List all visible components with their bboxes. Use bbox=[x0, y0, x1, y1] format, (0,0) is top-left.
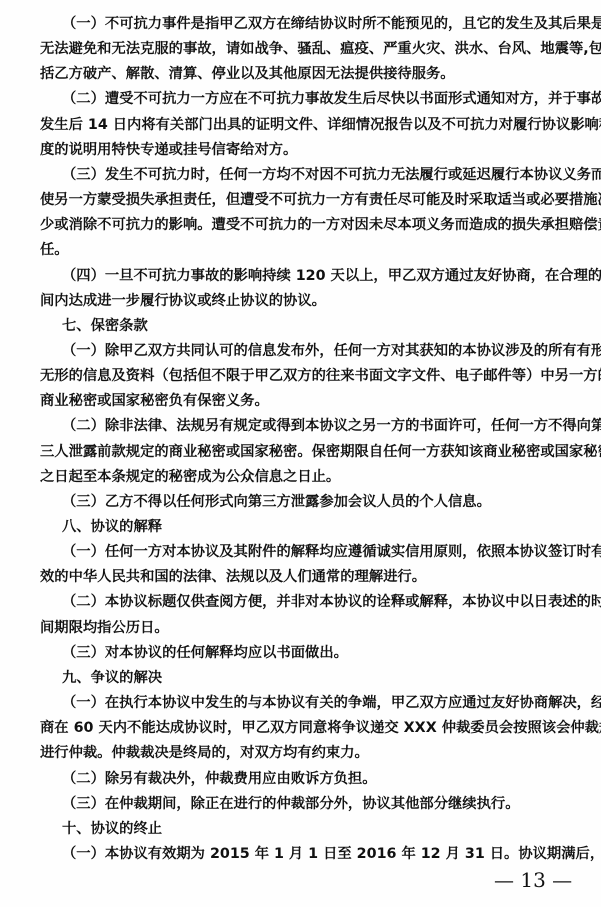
text-line: （三）发生不可抗力时，任何一方均不对因不可抗力无法履行或延迟履行本协议义务而 bbox=[62, 164, 564, 186]
text-line: （二）遭受不可抗力一方应在不可抗力事故发生后尽快以书面形式通知对方，并于事故 bbox=[62, 88, 564, 110]
text-line: （三）乙方不得以任何形式向第三方泄露参加会议人员的个人信息。 bbox=[62, 491, 564, 513]
text-line: 商在 60 天内不能达成协议时，甲乙双方同意将争议递交 XXX 仲裁委员会按照该… bbox=[40, 717, 564, 739]
text-line: 括乙方破产、解散、清算、停业以及其他原因无法提供接待服务。 bbox=[40, 63, 564, 85]
page-number: — 13 — bbox=[494, 868, 572, 892]
text-line: （二）除另有裁决外，仲裁费用应由败诉方负担。 bbox=[62, 768, 564, 790]
text-line: （一）不可抗力事件是指甲乙双方在缔结协议时所不能预见的，且它的发生及其后果是 bbox=[62, 13, 564, 35]
text-line: 间内达成进一步履行协议或终止协议的协议。 bbox=[40, 290, 564, 312]
text-line: （二）除非法律、法规另有规定或得到本协议之另一方的书面许可，任何一方不得向第 bbox=[62, 415, 564, 437]
text-line: （一）本协议有效期为 2015 年 1 月 1 日至 2016 年 12 月 3… bbox=[62, 843, 564, 865]
text-line: 之日起至本条规定的秘密成为公众信息之日止。 bbox=[40, 466, 564, 488]
text-line: 七、保密条款 bbox=[62, 315, 564, 337]
text-line: （三）在仲裁期间，除正在进行的仲裁部分外，协议其他部分继续执行。 bbox=[62, 793, 564, 815]
text-line: 三人泄露前款规定的商业秘密或国家秘密。保密期限自任何一方获知该商业秘密或国家秘密 bbox=[40, 441, 564, 463]
text-line: 无形的信息及资料（包括但不限于甲乙双方的往来书面文字文件、电子邮件等）中另一方的 bbox=[40, 365, 564, 387]
text-line: 发生后 14 日内将有关部门出具的证明文件、详细情况报告以及不可抗力对履行协议影… bbox=[40, 114, 564, 136]
text-line: （二）本协议标题仅供查阅方便，并非对本协议的诠释或解释，本协议中以日表述的时 bbox=[62, 591, 564, 613]
text-line: 间期限均指公历日。 bbox=[40, 617, 564, 639]
text-line: （三）对本协议的任何解释均应以书面做出。 bbox=[62, 642, 564, 664]
text-line: （一）除甲乙双方共同认可的信息发布外，任何一方对其获知的本协议涉及的所有有形、 bbox=[62, 340, 564, 362]
text-line: （四）一旦不可抗力事故的影响持续 120 天以上，甲乙双方通过友好协商，在合理的… bbox=[62, 265, 564, 287]
text-line: 任。 bbox=[40, 239, 564, 261]
text-line: 十、协议的终止 bbox=[62, 818, 564, 840]
text-line: 效的中华人民共和国的法律、法规以及人们通常的理解进行。 bbox=[40, 566, 564, 588]
text-line: 使另一方蒙受损失承担责任，但遭受不可抗力一方有责任尽可能及时采取适当或必要措施减 bbox=[40, 189, 564, 211]
text-line: 少或消除不可抗力的影响。遭受不可抗力的一方对因未尽本项义务而造成的损失承担赔偿责 bbox=[40, 214, 564, 236]
text-line: 无法避免和无法克服的事故，请如战争、骚乱、瘟疫、严重火灾、洪水、台风、地震等,包 bbox=[40, 38, 564, 60]
text-line: （一）在执行本协议中发生的与本协议有关的争端，甲乙双方应通过友好协商解决，经协 bbox=[62, 692, 564, 714]
text-line: 八、协议的解释 bbox=[62, 516, 564, 538]
text-line: 进行仲裁。仲裁裁决是终局的，对双方均有约束力。 bbox=[40, 742, 564, 764]
text-line: （一）任何一方对本协议及其附件的解释均应遵循诚实信用原则，依照本协议签订时有 bbox=[62, 541, 564, 563]
document-page: （一）不可抗力事件是指甲乙双方在缔结协议时所不能预见的，且它的发生及其后果是无法… bbox=[0, 0, 601, 907]
text-line: 九、争议的解决 bbox=[62, 667, 564, 689]
text-line: 商业秘密或国家秘密负有保密义务。 bbox=[40, 390, 564, 412]
text-line: 度的说明用特快专递或挂号信寄给对方。 bbox=[40, 139, 564, 161]
